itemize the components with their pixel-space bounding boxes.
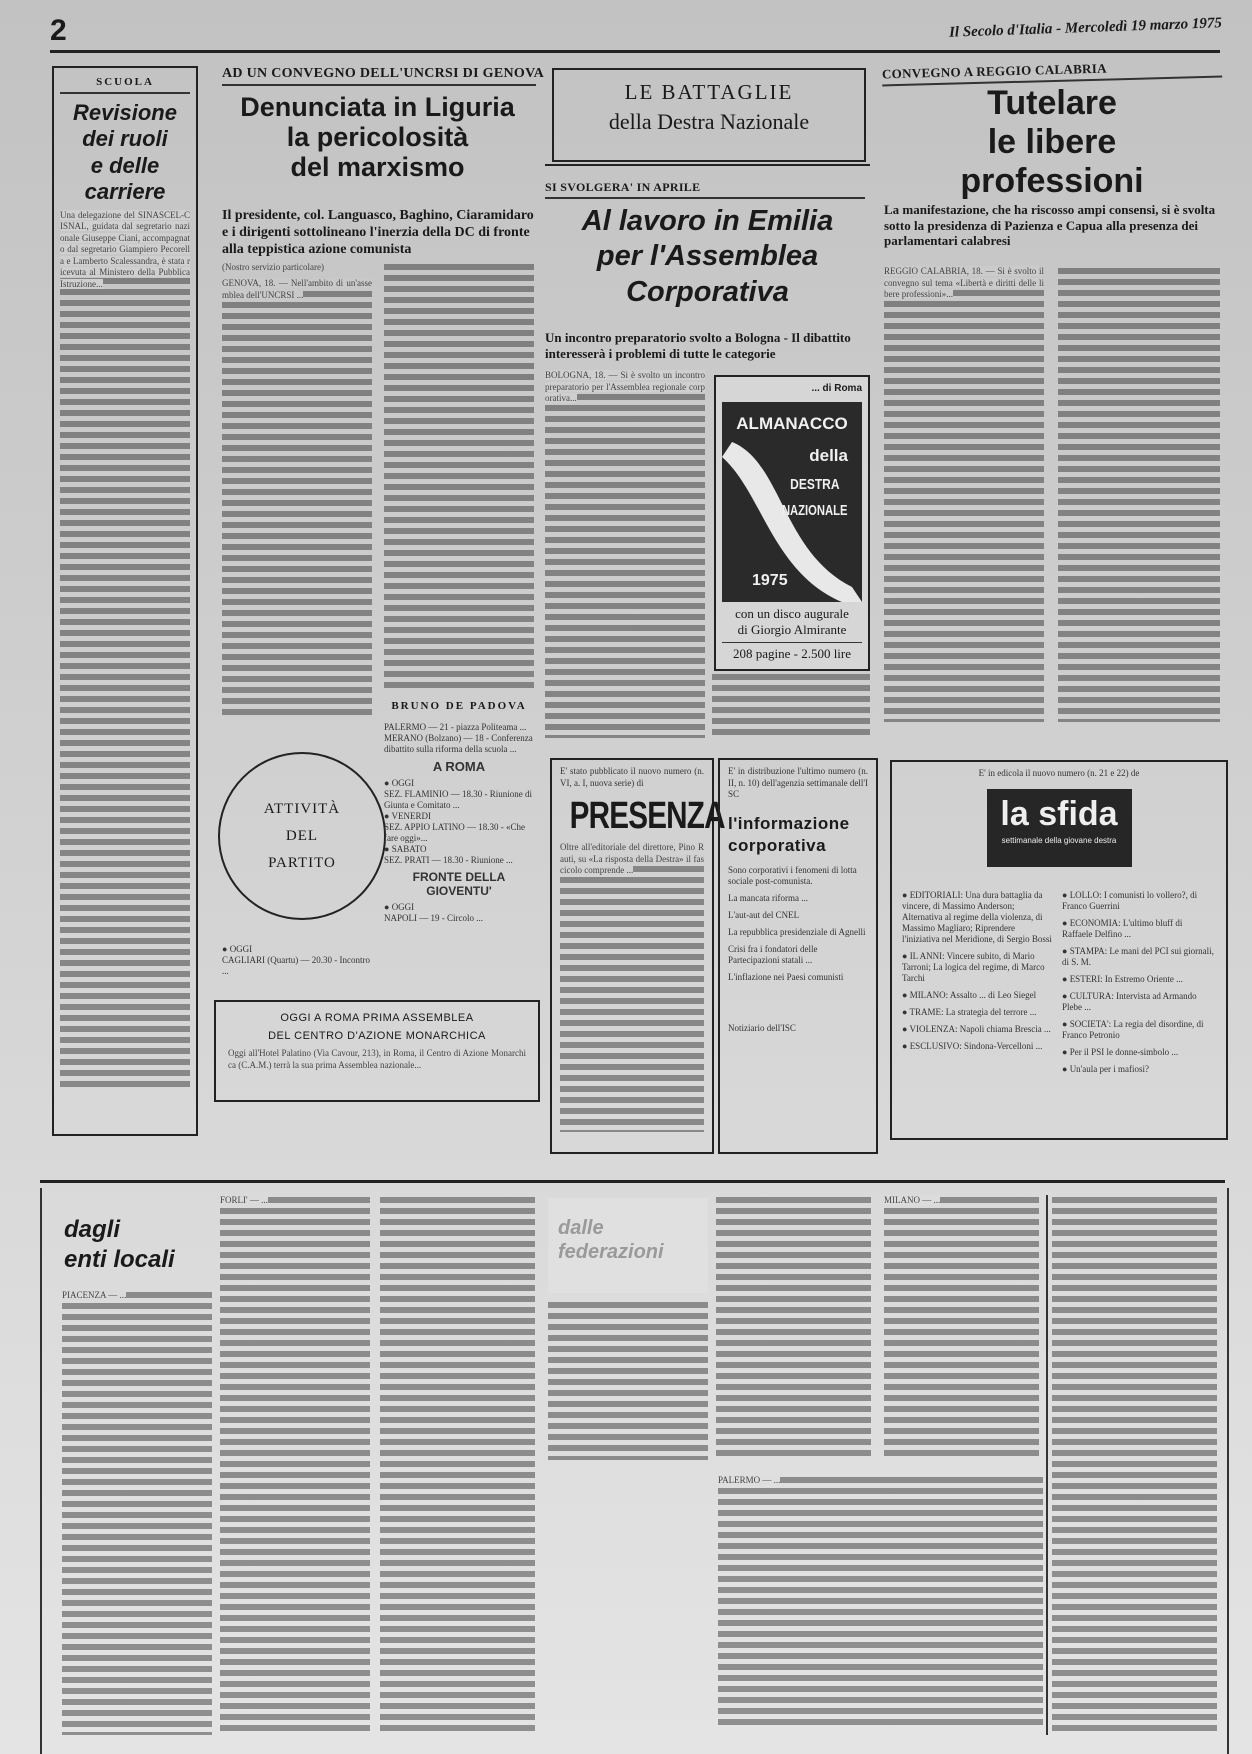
presenza-intro: E' stato pubblicato il nuovo numero (n. … [560, 766, 704, 789]
scuola-headline: Revisionedei ruolie dellecarriere [54, 100, 196, 206]
column-divider [1046, 1195, 1048, 1735]
liguria-body-col1: GENOVA, 18. — Nell'ambito di un'assemble… [222, 278, 372, 718]
almanacco-price: 208 pagine - 2.500 lire [722, 642, 862, 662]
informazione-box: E' in distribuzione l'ultimo numero (n. … [718, 758, 878, 1154]
liguria-headline: Denunciata in Liguriala pericolositàdel … [215, 92, 540, 183]
monarchica-box: OGGI A ROMA PRIMA ASSEMBLEA DEL CENTRO D… [214, 1000, 540, 1102]
entilocali-col-right [1052, 1195, 1217, 1735]
entilocali-col2: FORLI' — ... [220, 1195, 370, 1735]
reggio-deck: La manifestazione, che ha riscosso ampi … [884, 202, 1220, 249]
reggio-kicker: CONVEGNO A REGGIO CALABRIA [882, 58, 1222, 87]
battaglie-title: LE BATTAGLIE [554, 80, 864, 105]
newspaper-page: 2 Il Secolo d'Italia - Mercoledì 19 marz… [0, 0, 1252, 1754]
federazioni-header: dallefederazioni [548, 1198, 708, 1293]
presenza-box: E' stato pubblicato il nuovo numero (n. … [550, 758, 714, 1154]
presenza-text: Oltre all'editoriale del direttore, Pino… [560, 842, 704, 1132]
section-rule [40, 1180, 1225, 1183]
emilia-kicker: SI SVOLGERA' IN APRILE [545, 180, 865, 199]
sfida-box: E' in edicola il nuovo numero (n. 21 e 2… [890, 760, 1228, 1140]
roma-heading: A ROMA [384, 759, 534, 774]
battaglie-box: LE BATTAGLIE della Destra Nazionale [552, 68, 866, 162]
reggio-body-col1: REGGIO CALABRIA, 18. — Si è svolto il co… [884, 266, 1044, 722]
page-number: 2 [50, 14, 67, 48]
presenza-logo: PRESENZA [570, 795, 695, 838]
reggio-headline: Tutelarele libereprofessioni [882, 84, 1222, 201]
entilocali-headline: daglienti locali [64, 1215, 204, 1275]
liguria-dateline: (Nostro servizio particolare) [222, 262, 372, 274]
informazione-logo: l'informazionecorporativa [728, 813, 868, 857]
scuola-kicker: SCUOLA [60, 76, 190, 94]
federazioni-col3: MILANO — ... [884, 1195, 1039, 1460]
sfida-items-left: ● EDITORIALI: Una dura battaglia da vinc… [902, 890, 1052, 1058]
sfida-logo: la sfida settimanale della giovane destr… [987, 789, 1132, 867]
federazioni-col1 [548, 1300, 708, 1460]
liguria-deck: Il presidente, col. Languasco, Baghino, … [222, 208, 534, 258]
emilia-headline: Al lavoro in Emiliaper l'AssembleaCorpor… [545, 204, 870, 310]
attivita-circle: ATTIVITÀDELPARTITO [218, 752, 386, 920]
emilia-deck: Un incontro preparatorio svolto a Bologn… [545, 330, 867, 361]
battaglie-subtitle: della Destra Nazionale [554, 109, 864, 135]
entilocali-col3 [380, 1195, 535, 1735]
emilia-body-col2 [712, 672, 870, 738]
attivita-title: ATTIVITÀDELPARTITO [220, 796, 384, 877]
battaglie-rule [545, 164, 870, 166]
top-rule [50, 50, 1220, 53]
scuola-box: SCUOLA Revisionedei ruolie dellecarriere… [52, 66, 198, 1136]
federazioni-col2 [716, 1195, 871, 1460]
monarchica-title: OGGI A ROMA PRIMA ASSEMBLEA [216, 1012, 538, 1024]
attivita-left-items: ● OGGI CAGLIARI (Quartu) — 20.30 - Incon… [222, 944, 374, 977]
liguria-byline: BRUNO DE PADOVA [384, 700, 534, 712]
federazioni-headline: dallefederazioni [558, 1216, 708, 1264]
almanacco-cover: ALMANACCO della DESTRA NAZIONALE 1975 [722, 402, 862, 602]
almanacco-top: ... di Roma [722, 383, 862, 394]
masthead: Il Secolo d'Italia - Mercoledì 19 marzo … [949, 15, 1222, 42]
informazione-intro: E' in distribuzione l'ultimo numero (n. … [728, 766, 868, 801]
entilocali-col1: PIACENZA — ... [62, 1290, 212, 1735]
monarchica-subtitle: DEL CENTRO D'AZIONE MONARCHICA [216, 1030, 538, 1042]
emilia-body-col1: BOLOGNA, 18. — Si è svolto un incontro p… [545, 370, 705, 738]
palermo-item: PALERMO — ... [718, 1475, 1043, 1730]
almanacco-ad: ... di Roma ALMANACCO della DESTRA NAZIO… [714, 375, 870, 671]
liguria-kicker: AD UN CONVEGNO DELL'UNCRSI DI GENOVA [222, 66, 536, 86]
attivita-right-items: PALERMO — 21 - piazza Politeama ... MERA… [384, 722, 534, 924]
sfida-items-right: ● LOLLO: I comunisti lo vollero?, di Fra… [1062, 890, 1214, 1081]
monarchica-text: Oggi all'Hotel Palatino (Via Cavour, 213… [228, 1048, 526, 1088]
liguria-body-col2 [384, 262, 534, 692]
reggio-body-col2 [1058, 266, 1220, 722]
scuola-body: Una delegazione del SINASCEL-CISNAL, gui… [60, 210, 190, 1090]
fronte-heading: FRONTE DELLA GIOVENTU' [384, 870, 534, 898]
informazione-items: Sono corporativi i fenomeni di lotta soc… [728, 865, 868, 1034]
sfida-intro: E' in edicola il nuovo numero (n. 21 e 2… [892, 768, 1226, 779]
almanacco-caption: con un disco auguraledi Giorgio Almirant… [716, 606, 868, 638]
